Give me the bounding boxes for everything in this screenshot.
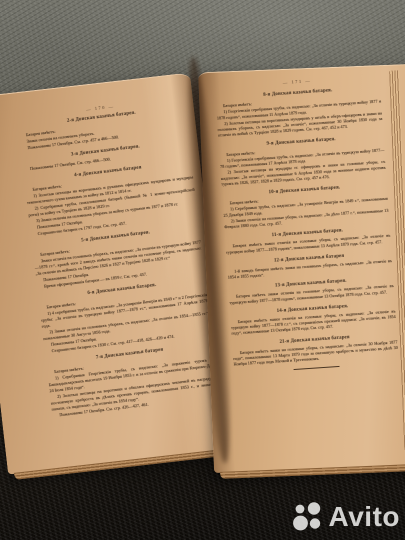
battery-section: 4-я Донская казачья батареяБатарея имѣет… — [24, 159, 198, 238]
battery-section: 10-я Донская казачья батарея.Батарея имѣ… — [222, 181, 389, 230]
battery-section: 14-я Донская казачья батарея.Батарея имѣ… — [230, 300, 396, 337]
avito-watermark-label: Avito — [329, 501, 400, 533]
battery-section: 7-я Донская казачья батареяБатарея имѣет… — [46, 341, 220, 419]
right-page-text: — 171 — 8-я Донская казачья батарея.Бата… — [215, 74, 405, 469]
avito-watermark: Avito — [291, 500, 400, 533]
avito-logo-icon — [291, 500, 324, 533]
battery-section: 9-я Донская казачья батарея.Батарея имѣе… — [219, 133, 387, 187]
battery-section: 21-я Донская казачья батареяБатарея имѣе… — [232, 331, 398, 368]
right-page-sections: 8-я Донская казачья батарея.Батарея имѣе… — [215, 84, 399, 374]
battery-section: 8-я Донская казачья батарея.Батарея имѣе… — [215, 84, 383, 138]
section-end-divider — [294, 366, 340, 370]
book-photo: — 170 — 2-я Донская казачья батарея.Бата… — [0, 0, 405, 540]
